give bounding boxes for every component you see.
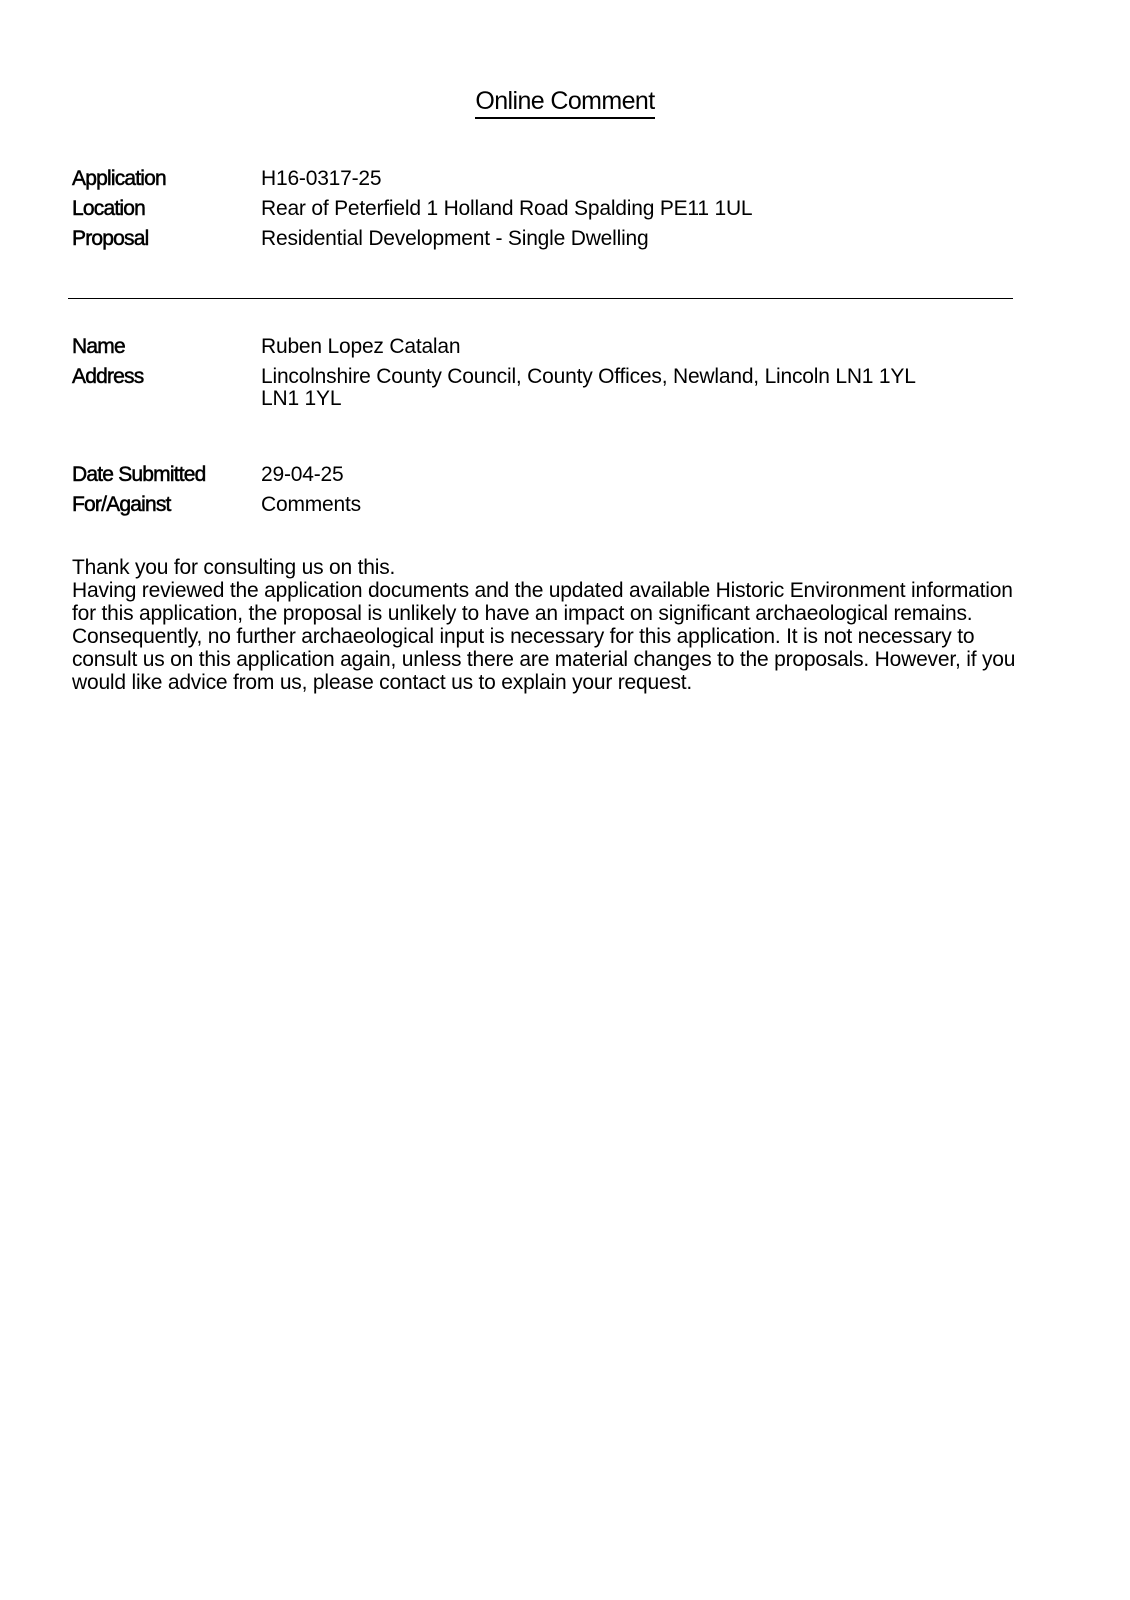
comment-text: Thank you for consulting us on this. Hav… [72, 556, 1032, 694]
address-line-1: Lincolnshire County Council, County Offi… [261, 366, 1021, 388]
application-value: H16-0317-25 [261, 164, 1021, 194]
comment-greeting: Thank you for consulting us on this. [72, 556, 1032, 579]
application-row: Application H16-0317-25 [72, 164, 1021, 194]
for-against-value: Comments [261, 490, 1021, 520]
location-value: Rear of Peterfield 1 Holland Road Spaldi… [261, 194, 1021, 224]
proposal-label: Proposal [72, 224, 261, 254]
date-submitted-row: Date Submitted 29-04-25 [72, 460, 1021, 490]
proposal-value: Residential Development - Single Dwellin… [261, 224, 1021, 254]
for-against-label: For/Against [72, 490, 261, 520]
application-label: Application [72, 164, 261, 194]
date-submitted-label: Date Submitted [72, 460, 261, 490]
address-value: Lincolnshire County Council, County Offi… [261, 362, 1021, 410]
location-label: Location [72, 194, 261, 224]
section-divider [68, 298, 1013, 299]
address-row: Address Lincolnshire County Council, Cou… [72, 362, 1021, 410]
proposal-row: Proposal Residential Development - Singl… [72, 224, 1021, 254]
for-against-row: For/Against Comments [72, 490, 1021, 520]
location-row: Location Rear of Peterfield 1 Holland Ro… [72, 194, 1021, 224]
name-row: Name Ruben Lopez Catalan [72, 332, 1021, 362]
page-title: Online Comment [0, 86, 1130, 119]
page-title-text: Online Comment [475, 86, 654, 119]
name-label: Name [72, 332, 261, 362]
address-label: Address [72, 362, 261, 410]
name-value: Ruben Lopez Catalan [261, 332, 1021, 362]
comment-body: Having reviewed the application document… [72, 579, 1032, 694]
address-line-2: LN1 1YL [261, 388, 1021, 410]
date-submitted-value: 29-04-25 [261, 460, 1021, 490]
